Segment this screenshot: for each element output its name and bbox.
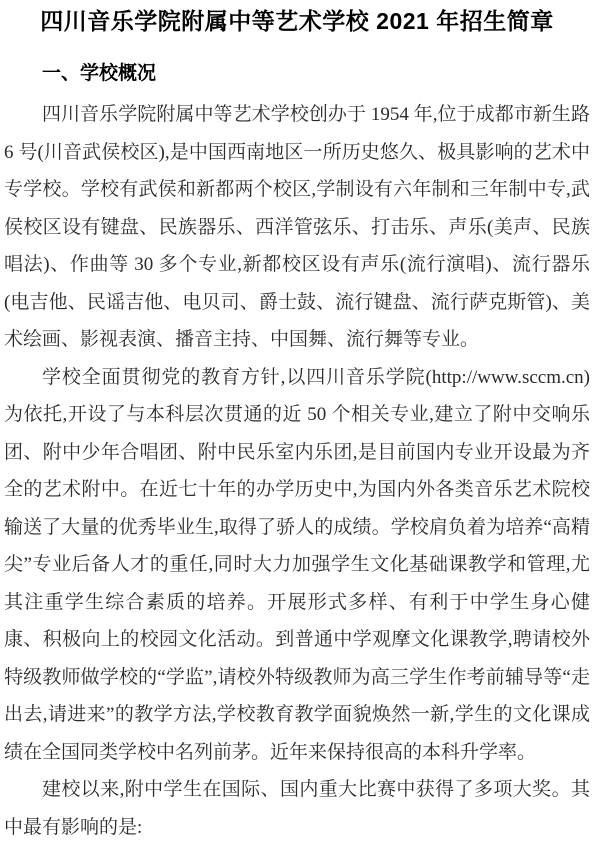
document-title: 四川音乐学院附属中等艺术学校 2021 年招生简章 bbox=[4, 8, 590, 34]
paragraph-awards-intro: 建校以来,附中学生在国际、国内重大比赛中获得了多项大奖。其中最有影响的是: bbox=[4, 771, 590, 842]
paragraph-school-intro: 四川音乐学院附属中等艺术学校创办于 1954 年,位于成都市新生路 6 号(川音… bbox=[4, 96, 590, 359]
paragraph-education-policy: 学校全面贯彻党的教育方针,以四川音乐学院(http://www.sccm.cn)… bbox=[4, 359, 590, 772]
document-page: 四川音乐学院附属中等艺术学校 2021 年招生简章 一、学校概况 四川音乐学院附… bbox=[0, 0, 594, 842]
section-body: 四川音乐学院附属中等艺术学校创办于 1954 年,位于成都市新生路 6 号(川音… bbox=[4, 96, 590, 842]
section-heading-school-overview: 一、学校概况 bbox=[4, 64, 590, 84]
